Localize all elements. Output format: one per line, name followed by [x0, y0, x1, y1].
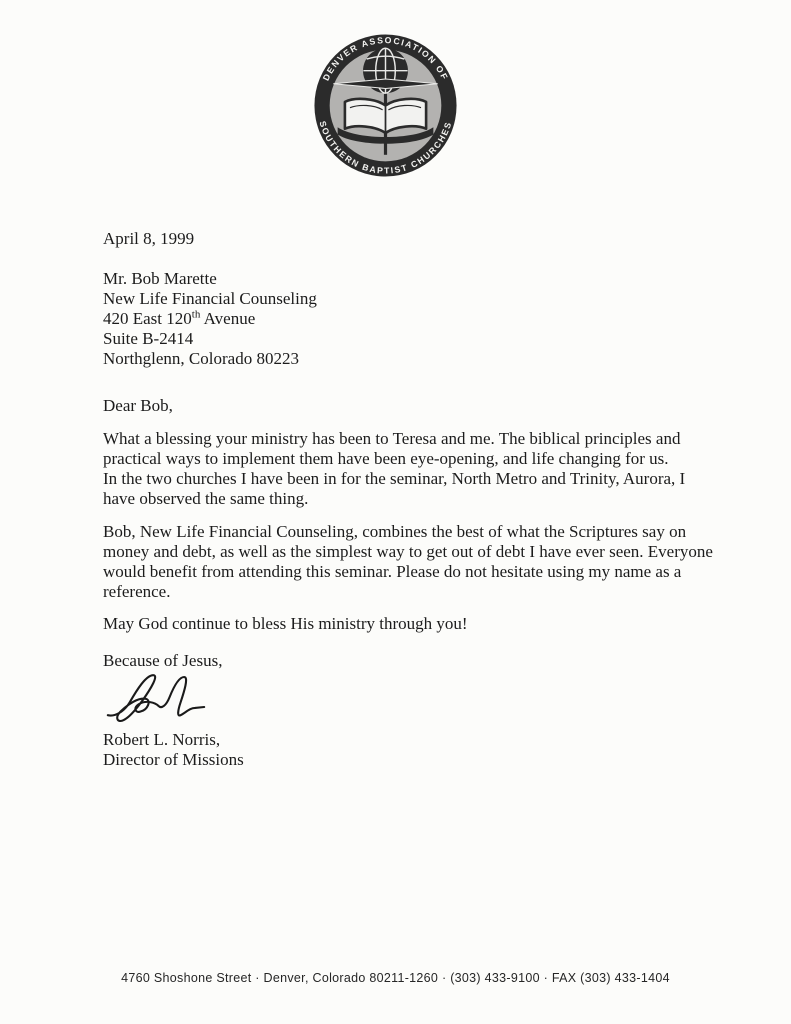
seal-graphic: DENVER ASSOCIATION OF SOUTHERN BAPTIST C… — [313, 33, 458, 178]
paragraph-line: What a blessing your ministry has been t… — [103, 429, 703, 449]
paragraph-line: reference. — [103, 582, 703, 602]
body-paragraph-1: What a blessing your ministry has been t… — [103, 429, 703, 509]
recipient-city: Northglenn, Colorado 80223 — [103, 349, 703, 369]
handwritten-signature — [106, 668, 206, 726]
recipient-name: Mr. Bob Marette — [103, 269, 703, 289]
paragraph-line: practical ways to implement them have be… — [103, 449, 703, 469]
paragraph-line: May God continue to bless His ministry t… — [103, 614, 703, 634]
letterhead-seal: DENVER ASSOCIATION OF SOUTHERN BAPTIST C… — [313, 33, 458, 178]
body-paragraph-3: May God continue to bless His ministry t… — [103, 614, 703, 634]
paragraph-line: would benefit from attending this semina… — [103, 562, 703, 582]
sender-name: Robert L. Norris, — [103, 730, 703, 750]
paragraph-line: Bob, New Life Financial Counseling, comb… — [103, 522, 703, 542]
salutation: Dear Bob, — [103, 396, 703, 416]
recipient-street: 420 East 120th Avenue — [103, 309, 703, 329]
paragraph-line: have observed the same thing. — [103, 489, 703, 509]
paragraph-line: In the two churches I have been in for t… — [103, 469, 703, 489]
recipient-suite: Suite B-2414 — [103, 329, 703, 349]
letterhead-footer: 4760 Shoshone Street · Denver, Colorado … — [0, 971, 791, 985]
letter-date: April 8, 1999 — [103, 229, 703, 249]
recipient-address-block: Mr. Bob Marette New Life Financial Couns… — [103, 269, 703, 369]
recipient-company: New Life Financial Counseling — [103, 289, 703, 309]
paragraph-line: money and debt, as well as the simplest … — [103, 542, 703, 562]
footer-contact-line: 4760 Shoshone Street · Denver, Colorado … — [121, 971, 670, 985]
sender-title: Director of Missions — [103, 750, 703, 770]
body-paragraph-2: Bob, New Life Financial Counseling, comb… — [103, 522, 703, 602]
signature-scrawl-icon — [106, 668, 206, 726]
scanned-letter-page: DENVER ASSOCIATION OF SOUTHERN BAPTIST C… — [0, 0, 791, 1024]
